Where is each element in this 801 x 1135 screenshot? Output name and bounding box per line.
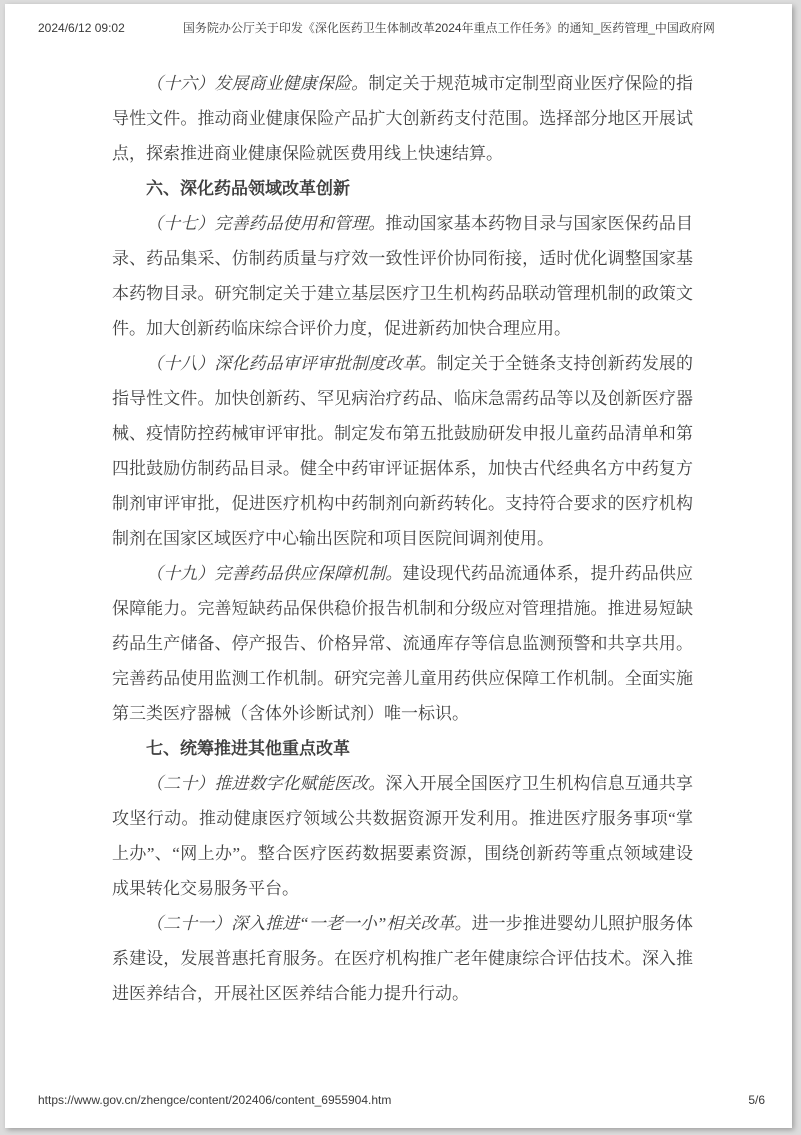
paragraph-text: 制定关于全链条支持创新药发展的指导性文件。加快创新药、罕见病治疗药品、临床急需药… [112, 354, 693, 548]
section-heading: 六、深化药品领域改革创新 [112, 171, 693, 206]
paragraph-lead: （二十一）深入推进“一老一小”相关改革。 [146, 914, 472, 933]
print-datetime: 2024/6/12 09:02 [38, 21, 125, 35]
body-paragraph: （十八）深化药品审评审批制度改革。制定关于全链条支持创新药发展的指导性文件。加快… [112, 346, 693, 556]
paragraph-text: 建设现代药品流通体系，提升药品供应保障能力。完善短缺药品保供稳价报告机制和分级应… [112, 564, 693, 723]
body-paragraph: （十七）完善药品使用和管理。推动国家基本药物目录与国家医保药品目录、药品集采、仿… [112, 206, 693, 346]
document-page: 2024/6/12 09:02 国务院办公厅关于印发《深化医药卫生体制改革202… [5, 4, 792, 1128]
body-paragraph: （二十）推进数字化赋能医改。深入开展全国医疗卫生机构信息互通共享攻坚行动。推动健… [112, 766, 693, 906]
paragraph-lead: （二十）推进数字化赋能医改。 [146, 774, 385, 793]
body-paragraph: （二十一）深入推进“一老一小”相关改革。进一步推进婴幼儿照护服务体系建设，发展普… [112, 906, 693, 1011]
body-paragraph: （十六）发展商业健康保险。制定关于规范城市定制型商业医疗保险的指导性文件。推动商… [112, 66, 693, 171]
page-number: 5/6 [748, 1093, 765, 1107]
paragraph-lead: （十九）完善药品供应保障机制。 [146, 564, 402, 583]
print-footer: https://www.gov.cn/zhengce/content/20240… [38, 1093, 765, 1107]
document-body: （十六）发展商业健康保险。制定关于规范城市定制型商业医疗保险的指导性文件。推动商… [112, 66, 693, 1011]
paragraph-lead: （十七）完善药品使用和管理。 [146, 214, 385, 233]
source-url: https://www.gov.cn/zhengce/content/20240… [38, 1093, 391, 1107]
body-paragraph: （十九）完善药品供应保障机制。建设现代药品流通体系，提升药品供应保障能力。完善短… [112, 556, 693, 731]
section-heading: 七、统筹推进其他重点改革 [112, 731, 693, 766]
document-title: 国务院办公厅关于印发《深化医药卫生体制改革2024年重点工作任务》的通知_医药管… [125, 19, 759, 36]
paragraph-lead: （十六）发展商业健康保险。 [146, 74, 368, 93]
print-header: 2024/6/12 09:02 国务院办公厅关于印发《深化医药卫生体制改革202… [38, 19, 759, 36]
paragraph-lead: （十八）深化药品审评审批制度改革。 [146, 354, 437, 373]
